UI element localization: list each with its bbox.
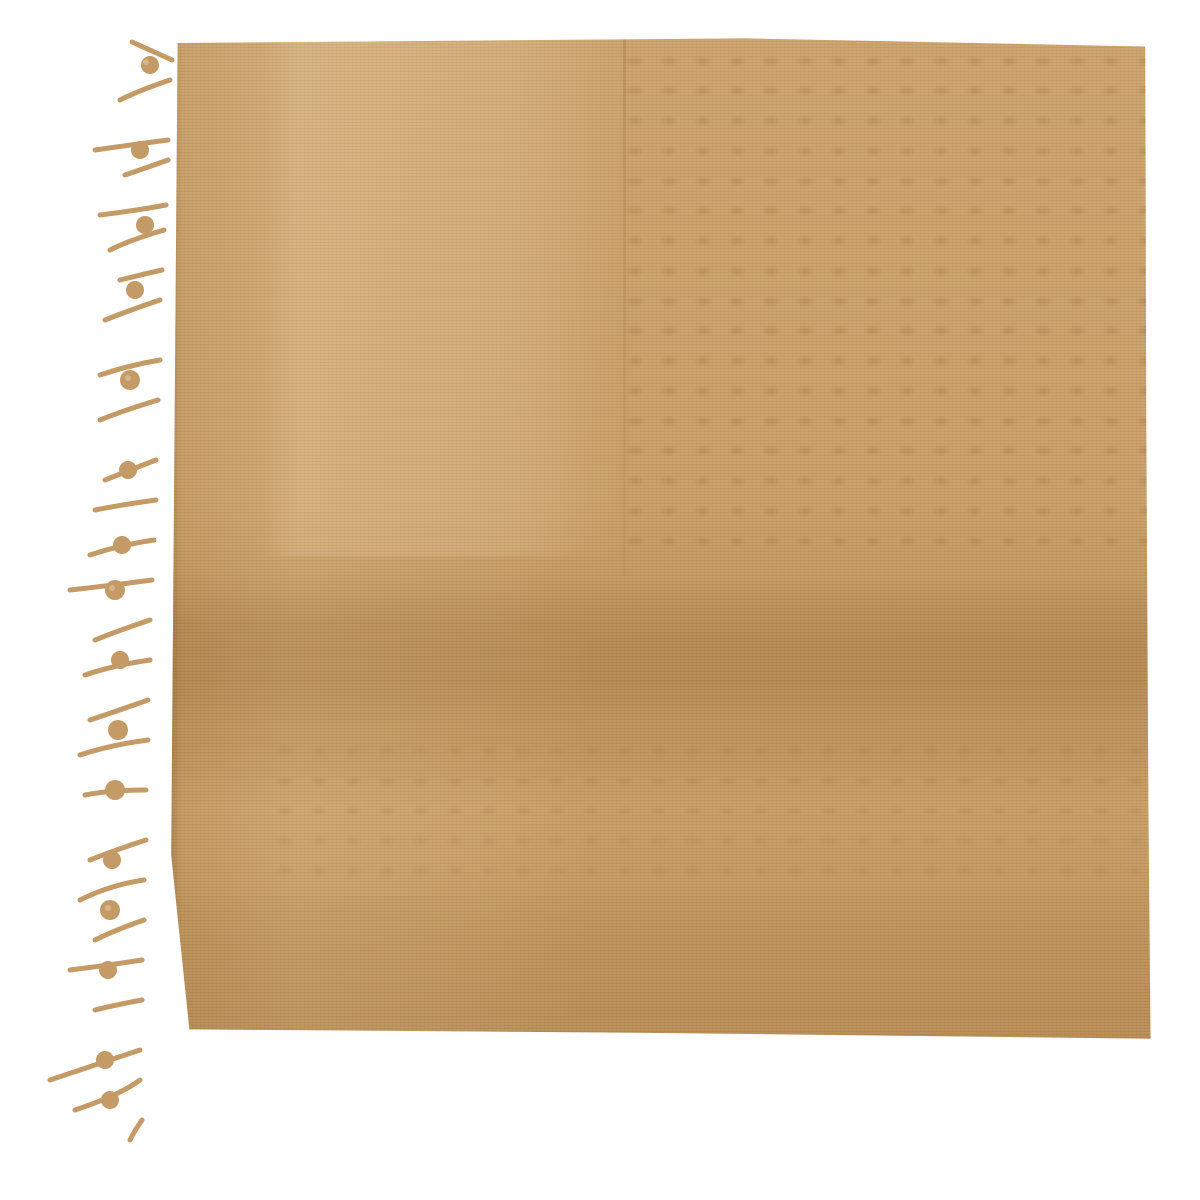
- shemagh-scarf: [168, 36, 1200, 1200]
- weave-texture: [168, 36, 1200, 1200]
- left-fringe: [0, 0, 200, 1200]
- product-photo: [0, 0, 1200, 1200]
